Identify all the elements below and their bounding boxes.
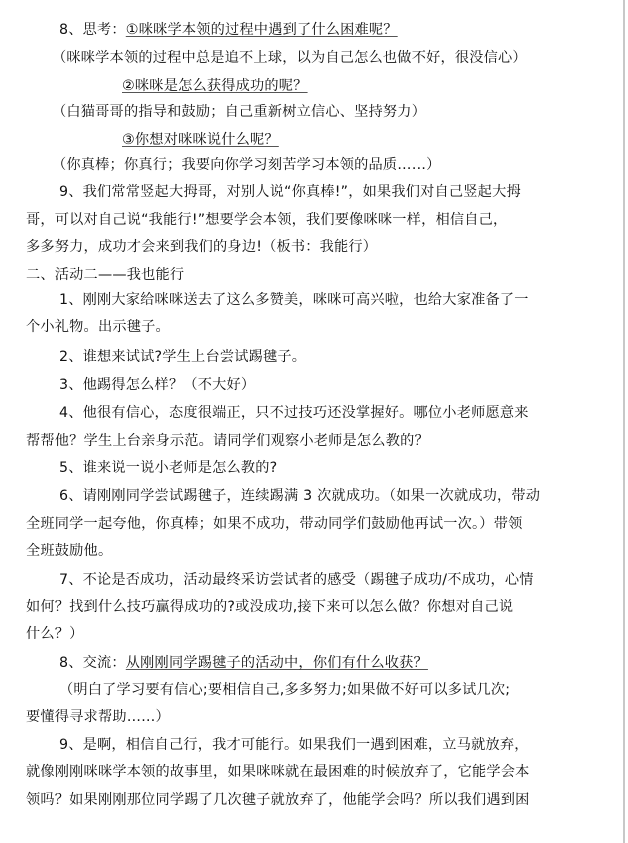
- paragraph-line: 个小礼物。出示毽子。: [26, 318, 170, 336]
- underlined-question: ②咪咪是怎么获得成功的呢？: [122, 78, 308, 94]
- paragraph-line: 帮帮他？学生上台亲身示范。请同学们观察小老师是怎么教的？: [26, 432, 429, 450]
- paragraph-line: 全班同学一起夸他，你真棒；如果不成功，带动同学们鼓励他再试一次。）带领: [26, 515, 522, 533]
- item-9: 9、是啊，相信自己行，我才可能行。如果我们一遇到困难，立马就放弃，: [59, 736, 529, 754]
- item-2: 2、谁想来试试?学生上台尝试踢毽子。: [59, 348, 306, 366]
- item-8-exchange: 8、交流：从刚刚同学踢毽子的活动中，你们有什么收获？: [59, 654, 428, 672]
- paragraph-line: 就像刚刚咪咪学本领的故事里，如果咪咪就在最困难的时候放弃了，它能学会本: [26, 763, 530, 781]
- answer-line: （你真棒；你真行；我要向你学习刻苦学习本领的品质……）: [52, 156, 440, 174]
- item-3: 3、他踢得怎么样？（不大好）: [59, 376, 255, 394]
- underlined-question: ①咪咪学本领的过程中遇到了什么困难呢？: [126, 22, 398, 38]
- answer-line: （明白了学习要有信心;要相信自己,多多努力;如果做不好可以多试几次;: [59, 681, 510, 699]
- item-1: 1、刚刚大家给咪咪送去了这么多赞美，咪咪可高兴啦，也给大家准备了一: [59, 291, 529, 309]
- section-heading: 二、活动二——我也能行: [26, 266, 184, 284]
- underlined-question: ③你想对咪咪说什么呢？: [122, 132, 279, 148]
- paragraph-line: 要懂得寻求帮助……）: [26, 708, 170, 726]
- page-edge-divider: [623, 0, 625, 843]
- sub-question: ③你想对咪咪说什么呢？: [122, 131, 279, 149]
- text: 8、交流：: [59, 655, 126, 671]
- item-4: 4、他很有信心，态度很端正，只不过技巧还没掌握好。哪位小老师愿意来: [59, 404, 529, 422]
- underlined-question: 从刚刚同学踢毽子的活动中，你们有什么收获？: [126, 655, 428, 671]
- answer-line: （咪咪学本领的过程中总是追不上球，以为自己怎么也做不好，很没信心）: [52, 49, 527, 67]
- sub-question: ②咪咪是怎么获得成功的呢？: [122, 77, 308, 95]
- paragraph-line: 全班鼓励他。: [26, 542, 112, 560]
- paragraph-9: 9、我们常常竖起大拇哥，对别人说“你真棒!”，如果我们对自己竖起大拇: [59, 183, 521, 201]
- document-page: 8、思考：①咪咪学本领的过程中遇到了什么困难呢？ （咪咪学本领的过程中总是追不上…: [0, 0, 623, 843]
- paragraph-line: 多多努力，成功才会来到我们的身边!（板书：我能行）: [26, 238, 377, 256]
- answer-line: （白猫哥哥的指导和鼓励；自己重新树立信心、坚持努力）: [52, 103, 426, 121]
- question-8-think: 8、思考：①咪咪学本领的过程中遇到了什么困难呢？: [59, 21, 398, 39]
- paragraph-line: 领吗？如果刚刚那位同学踢了几次毽子就放弃了，他能学会吗？所以我们遇到困: [26, 791, 530, 809]
- paragraph-line: 如何？找到什么技巧赢得成功的?或没成功,接下来可以怎么做？你想对自己说: [26, 598, 513, 616]
- item-7: 7、不论是否成功，活动最终采访尝试者的感受（踢毽子成功/不成功，心情: [59, 571, 534, 589]
- text: 8、思考：: [59, 22, 126, 38]
- paragraph-line: 什么？）: [26, 625, 84, 643]
- item-6: 6、请刚刚同学尝试踢毽子，连续踢满 3 次就成功。（如果一次就成功，带动: [59, 487, 540, 505]
- paragraph-line: 哥，可以对自己说“我能行!”想要学会本领，我们要像咪咪一样，相信自己，: [26, 211, 507, 229]
- item-5: 5、谁来说一说小老师是怎么教的?: [59, 459, 277, 477]
